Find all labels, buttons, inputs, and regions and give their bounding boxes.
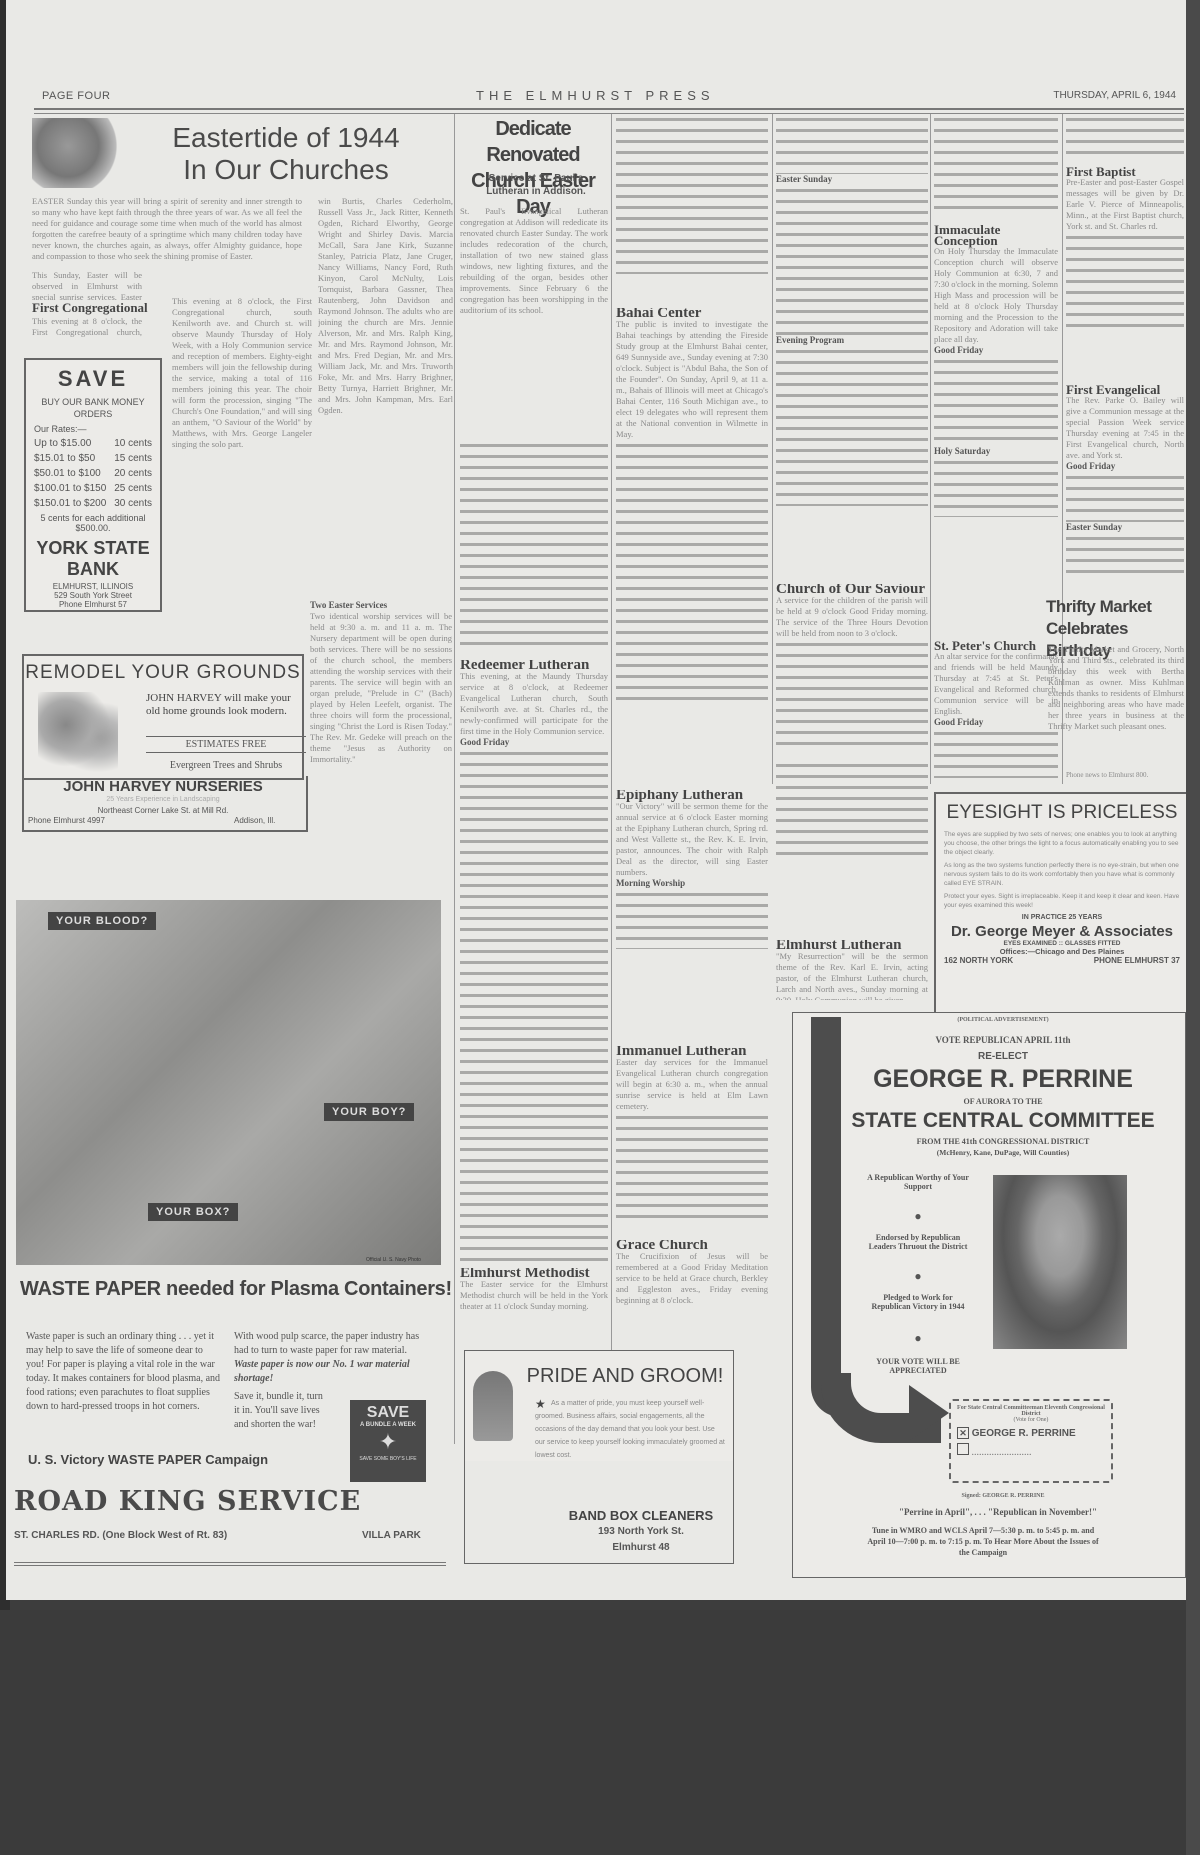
rate-fee: 30 cents (114, 496, 152, 511)
eastertide-intro: EASTER Sunday this year will bring a spi… (32, 196, 302, 262)
bottom-rule (14, 1562, 446, 1566)
cleaners-text: As a matter of pride, you must keep your… (535, 1397, 725, 1462)
thrifty-text: The Thrifty Market and Grocery, North Yo… (1048, 644, 1184, 762)
save-a-bundle-badge: SAVE A BUNDLE A WEEK ✦ SAVE SOME BOY'S L… (350, 1400, 426, 1482)
sub-head: Good Friday (934, 717, 1058, 728)
tag-your-boy: YOUR BOY? (324, 1103, 414, 1121)
evergreen-trees-illustration-icon (38, 692, 118, 774)
scan-edge-right (1186, 0, 1200, 1855)
scanner-background (0, 1610, 1200, 1855)
rate-fee: 25 cents (114, 481, 152, 496)
cleaners-headline: PRIDE AND GROOM! (525, 1365, 725, 1388)
text-block (934, 114, 1058, 214)
text-block (934, 457, 1058, 517)
section-head-st-peters: St. Peter's Church (934, 640, 1058, 651)
text-block (776, 346, 928, 506)
redeemer-lutheran: Redeemer Lutheran This evening, at the M… (460, 660, 608, 1340)
section-head-first-evangelical: First Evangelical (1066, 384, 1184, 395)
sub-head: Evening Program (776, 335, 928, 346)
rate-row: Up to $15.0010 cents (34, 436, 152, 451)
eagle-icon: ✦ (350, 1428, 426, 1456)
column-4: Easter Sunday Evening Program (776, 114, 928, 584)
intro-paragraph: EASTER Sunday this year will bring a spi… (32, 196, 302, 261)
political-committee: STATE CENTRAL COMMITTEE (843, 1109, 1163, 1133)
page-number: PAGE FOUR (42, 90, 110, 102)
col2-italic: Waste paper is now our No. 1 war materia… (234, 1359, 410, 1384)
immaculate-text: On Holy Thursday the Immaculate Concepti… (934, 246, 1058, 345)
redeemer-text: This evening, at the Maundy Thursday ser… (460, 671, 608, 737)
waste-paper-col-1: Waste paper is such an ordinary thing . … (26, 1330, 222, 1414)
section-head-methodist: Elmhurst Methodist (460, 1268, 608, 1279)
nursery-ad-border (22, 776, 308, 832)
eyesight-headline: EYESIGHT IS PRICELESS (936, 802, 1188, 824)
text-block (934, 728, 1058, 778)
sub-head: Good Friday (460, 737, 608, 748)
sub-head: Morning Worship (616, 878, 768, 889)
thrifty-head-1: Thrifty Market (1046, 596, 1186, 618)
empty-box-icon (957, 1443, 969, 1455)
arrow-head-icon (909, 1385, 949, 1441)
rate-row: $100.01 to $15025 cents (34, 481, 152, 496)
section-head-our-saviour: Church of Our Saviour (776, 584, 928, 595)
john-harvey-nurseries-ad: REMODEL YOUR GROUNDS JOHN HARVEY will ma… (22, 654, 304, 780)
elmhurst-lutheran-text: "My Resurrection" will be the sermon the… (776, 951, 928, 1000)
phone-news-footer: Phone news to Elmhurst 800. (1066, 770, 1186, 781)
eyesight-practice: IN PRACTICE 25 YEARS (936, 914, 1188, 921)
section-head-first-baptist: First Baptist (1066, 166, 1184, 177)
dedicate-head-1: Dedicate Renovated (458, 116, 608, 168)
road-king-address: ST. CHARLES RD. (One Block West of Rt. 8… (14, 1530, 227, 1541)
cleaners-ad-border (464, 1460, 734, 1564)
ballot-blank: ........................ (972, 1447, 1032, 1458)
candidate-name: GEORGE R. PERRINE (843, 1065, 1163, 1094)
ballot-row-blank: ........................ (957, 1443, 1105, 1458)
first-evangelical: First Evangelical The Rev. Parke O. Bail… (1066, 384, 1184, 580)
first-baptist-text: Pre-Easter and post-Easter Gospel messag… (1066, 177, 1184, 232)
text-block (616, 440, 768, 700)
eastertide-intro-2: This Sunday, Easter will be observed in … (32, 270, 142, 300)
bank-city: ELMHURST, ILLINOIS (26, 582, 160, 591)
bank-ad-sub: BUY OUR BANK MONEY ORDERS (36, 396, 150, 420)
bank-address: 529 South York Street (26, 591, 160, 600)
masthead: PAGE FOUR THE ELMHURST PRESS THURSDAY, A… (36, 86, 1186, 108)
eyesight-ad: EYESIGHT IS PRICELESS The eyes are suppl… (934, 792, 1190, 1014)
text-block (776, 639, 928, 749)
sub-head: Easter Sunday (1066, 522, 1184, 533)
section-head-grace: Grace Church (616, 1240, 768, 1251)
political-point-3: Pledged to Work for Republican Victory i… (863, 1293, 973, 1311)
grace-church: Grace Church The Crucifixion of Jesus wi… (616, 1240, 768, 1340)
badge-save: SAVE (350, 1404, 426, 1422)
st-peters-church: St. Peter's Church An altar service for … (934, 640, 1058, 780)
section-head-bahai: Bahai Center (616, 308, 768, 319)
text-block (460, 748, 608, 1268)
political-of: OF AURORA TO THE (853, 1097, 1153, 1106)
badge-bottom: SAVE SOME BOY'S LIFE (350, 1456, 426, 1462)
bullet-icon: ● (863, 1209, 973, 1224)
tag-your-blood: YOUR BLOOD? (48, 912, 156, 930)
photo-credit: Official U. S. Navy Photo (366, 1257, 421, 1263)
column-5-top (934, 114, 1058, 214)
eyesight-footer: 162 NORTH YORK PHONE ELMHURST 37 (944, 956, 1180, 965)
eyesight-phone: PHONE ELMHURST 37 (1094, 956, 1180, 965)
sub-head: Two Easter Services (310, 600, 452, 611)
text-block (776, 760, 928, 860)
ballot-name: GEORGE R. PERRINE (972, 1428, 1076, 1439)
sub-head: Good Friday (1066, 461, 1184, 472)
bullet-icon: ● (863, 1269, 973, 1284)
ballot-row-checked: ✕ GEORGE R. PERRINE (957, 1427, 1105, 1439)
elmhurst-lutheran: Elmhurst Lutheran "My Resurrection" will… (776, 940, 928, 1000)
bank-ad-headline: SAVE (26, 366, 160, 392)
headline-line-1: Eastertide of 1944 (136, 122, 436, 154)
eyesight-p1: The eyes are supplied by two sets of ner… (944, 830, 1180, 857)
first-evangelical-text: The Rev. Parke O. Bailey will give a Com… (1066, 395, 1184, 461)
sub-head: Holy Saturday (934, 446, 1058, 457)
road-king-town: VILLA PARK (362, 1530, 421, 1541)
candidate-portrait (993, 1175, 1127, 1349)
campaign-name: U. S. Victory WASTE PAPER Campaign (28, 1452, 268, 1467)
church-of-our-saviour: Church of Our Saviour A service for the … (776, 584, 928, 764)
rate-fee: 20 cents (114, 466, 152, 481)
estimates-free: ESTIMATES FREE (146, 736, 306, 753)
column-divider (454, 114, 455, 1444)
eyesight-offices: Offices:—Chicago and Des Plaines (936, 947, 1188, 956)
easter-lily-illustration-icon (32, 118, 122, 188)
section-head-elmhurst-lutheran: Elmhurst Lutheran (776, 940, 928, 951)
perrine-political-ad: (POLITICAL ADVERTISEMENT) VOTE REPUBLICA… (792, 1012, 1186, 1578)
rate-row: $15.01 to $5015 cents (34, 451, 152, 466)
checked-box-icon: ✕ (957, 1427, 969, 1439)
our-saviour-text: A service for the children of the parish… (776, 595, 928, 639)
new-members-list: win Burtis, Charles Cederholm, Russell V… (318, 196, 453, 636)
eyesight-p3: Protect your eyes. Sight is irreplaceabl… (944, 892, 1180, 910)
first-baptist: First Baptist Pre-Easter and post-Easter… (1066, 166, 1184, 366)
bank-name-line-1: YORK STATE (26, 537, 160, 559)
dedicate-text: St. Paul's Evangelical Lutheran congrega… (460, 206, 608, 436)
epiphany-lutheran: Epiphany Lutheran "Our Victory" will be … (616, 790, 768, 970)
text-block (1066, 533, 1184, 580)
text-block (1066, 114, 1184, 154)
grace-text: The Crucifixion of Jesus will be remembe… (616, 1251, 768, 1306)
waste-paper-headline: WASTE PAPER needed for Plasma Containers… (20, 1278, 452, 1301)
text-block (934, 356, 1058, 446)
two-easter-services: Two Easter Services Two identical worshi… (310, 600, 452, 830)
column-divider (772, 114, 773, 784)
dedicate-continued (460, 440, 608, 650)
bank-name-line-2: BANK (26, 559, 160, 579)
headline-line-2: In Our Churches (136, 154, 436, 186)
immanuel-text: Easter day services for the Immanuel Eva… (616, 1057, 768, 1112)
dedicate-headline: Dedicate Renovated Church Easter Day (458, 116, 608, 220)
political-vote: VOTE REPUBLICAN APRIL 11th (853, 1035, 1153, 1045)
eyesight-services: EYES EXAMINED :: GLASSES FITTED (936, 940, 1188, 947)
tag-your-box: YOUR BOX? (148, 1203, 238, 1221)
text-block (776, 185, 928, 335)
newspaper-name: THE ELMHURST PRESS (476, 88, 715, 103)
text-block (1066, 232, 1184, 332)
political-signed: Signed: GEORGE R. PERRINE (853, 1493, 1153, 1499)
first-congregational-lede: This evening at 8 o'clock, the First Con… (32, 316, 142, 338)
arrow-shaft-icon (811, 1017, 841, 1417)
epiphany-text: "Our Victory" will be sermon theme for t… (616, 801, 768, 878)
eyesight-address: 162 NORTH YORK (944, 956, 1013, 965)
rate-range: Up to $15.00 (34, 436, 91, 451)
political-district: FROM THE 41th CONGRESSIONAL DISTRICT (853, 1137, 1153, 1146)
rate-fee: 10 cents (114, 436, 152, 451)
eyesight-doctor-name: Dr. George Meyer & Associates (936, 923, 1188, 940)
ballot-vote: (Vote for One) (951, 1417, 1111, 1423)
dedicate-deck: Service at St. Paul's Lutheran in Addiso… (476, 172, 596, 198)
section-head-epiphany: Epiphany Lutheran (616, 790, 768, 801)
political-reelect: RE-ELECT (853, 1051, 1153, 1062)
rates-table: Up to $15.0010 cents$15.01 to $5015 cent… (34, 436, 152, 511)
eastertide-headline: Eastertide of 1944 In Our Churches (136, 122, 436, 186)
man-with-bag-illustration-icon (473, 1371, 513, 1441)
rates-note: 5 cents for each additional $500.00. (36, 513, 150, 533)
two-easter-services-text: Two identical worship services will be h… (310, 611, 452, 765)
column-divider (611, 114, 612, 1444)
immanuel-lutheran: Immanuel Lutheran Easter day services fo… (616, 1046, 768, 1226)
sample-ballot: For State Central Committeeman Eleventh … (949, 1399, 1113, 1483)
section-head-first-congregational: First Congregational (32, 300, 148, 316)
rate-range: $100.01 to $150 (34, 481, 106, 496)
ballot-title: For State Central Committeeman Eleventh … (951, 1405, 1111, 1417)
political-point-1: A Republican Worthy of Your Support (863, 1173, 973, 1191)
column-divider (930, 114, 931, 784)
rate-row: $150.01 to $20030 cents (34, 496, 152, 511)
rate-range: $50.01 to $100 (34, 466, 101, 481)
sub-head: Good Friday (934, 345, 1058, 356)
nursery-products: Evergreen Trees and Shrubs (146, 760, 306, 771)
rates-label: Our Rates:— (34, 424, 160, 434)
st-peters-text: An altar service for the confirmands and… (934, 651, 1058, 717)
column-3-top (616, 114, 768, 274)
bahai-center: Bahai Center The public is invited to in… (616, 308, 768, 748)
political-label: (POLITICAL ADVERTISEMENT) (853, 1017, 1153, 1023)
nursery-headline: REMODEL YOUR GROUNDS (24, 662, 302, 684)
text-block (776, 114, 928, 174)
text-block (616, 114, 768, 274)
text-block (1066, 472, 1184, 522)
eyesight-p2: As long as the two systems function perf… (944, 861, 1180, 888)
bullet-icon: ● (863, 1331, 973, 1346)
york-state-bank-ad: SAVE BUY OUR BANK MONEY ORDERS Our Rates… (24, 358, 162, 612)
nursery-pitch: JOHN HARVEY will make your old home grou… (146, 692, 306, 718)
section-head-redeemer: Redeemer Lutheran (460, 660, 608, 671)
col2-end: Save it, bundle it, turn it in. You'll s… (234, 1390, 330, 1432)
political-point-2: Endorsed by Republican Leaders Thruout t… (863, 1233, 973, 1251)
bahai-text: The public is invited to investigate the… (616, 319, 768, 440)
rate-fee: 15 cents (114, 451, 152, 466)
section-head-immanuel: Immanuel Lutheran (616, 1046, 768, 1057)
sub-head: Easter Sunday (776, 174, 928, 185)
newspaper-page: PAGE FOUR THE ELMHURST PRESS THURSDAY, A… (6, 0, 1192, 1600)
immaculate-conception: Immaculate Conception On Holy Thursday t… (934, 224, 1058, 584)
col2-plain: With wood pulp scarce, the paper industr… (234, 1331, 419, 1356)
rate-row: $50.01 to $10020 cents (34, 466, 152, 481)
road-king-name: ROAD KING SERVICE (14, 1486, 361, 1517)
elmhurst-methodist: Elmhurst Methodist The Easter service fo… (460, 1268, 608, 1340)
rate-range: $150.01 to $200 (34, 496, 106, 511)
bank-phone: Phone Elmhurst 57 (26, 600, 160, 609)
text-block (616, 889, 768, 949)
first-congregational-text: This evening at 8 o'clock, the First Con… (172, 296, 312, 636)
section-head-immaculate: Immaculate Conception (934, 224, 1058, 246)
political-point-4: YOUR VOTE WILL BE APPRECIATED (863, 1357, 973, 1375)
band-box-cleaners-ad: PRIDE AND GROOM! ★ As a matter of pride,… (464, 1350, 734, 1461)
issue-date: THURSDAY, APRIL 6, 1944 (1053, 90, 1176, 101)
rate-range: $15.01 to $50 (34, 451, 95, 466)
text-block (616, 1112, 768, 1222)
church-of-our-saviour-cont (776, 760, 928, 860)
methodist-text: The Easter service for the Elmhurst Meth… (460, 1279, 608, 1312)
political-slogan: "Perrine in April", . . . "Republican in… (833, 1507, 1163, 1517)
column-6-top (1066, 114, 1184, 154)
political-radio: Tune in WMRO and WCLS April 7—5:30 p. m.… (863, 1525, 1103, 1558)
political-counties: (McHenry, Kane, DuPage, Will Counties) (853, 1148, 1153, 1157)
